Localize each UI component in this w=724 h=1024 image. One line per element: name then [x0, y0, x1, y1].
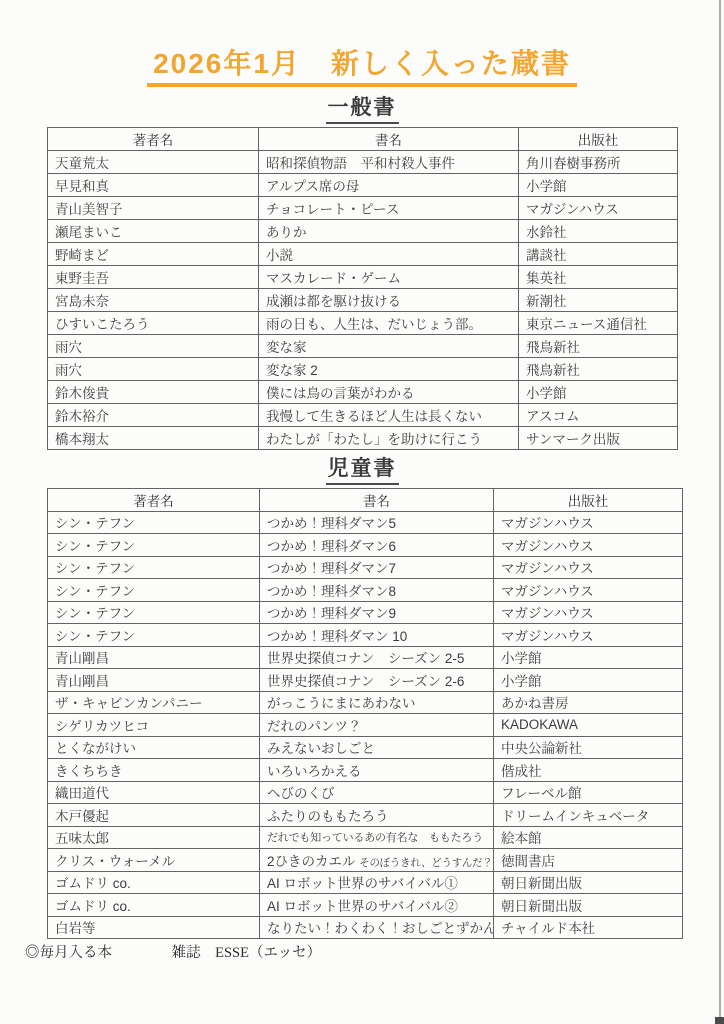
title-cell: 我慢して生きるほど人生は長くない — [259, 404, 519, 427]
publisher-cell: 小学館 — [519, 174, 678, 197]
publisher-cell: 朝日新聞出版 — [494, 894, 683, 917]
table-row: 五味太郎だれでも知っているあの有名な ももたろう絵本館 — [48, 826, 683, 849]
table-row: ひすいこたろう雨の日も、人生は、だいじょう部。東京ニュース通信社 — [48, 312, 678, 335]
publisher-cell: 偕成社 — [494, 759, 683, 782]
footer-monthly-label: ◎毎月入る本 — [25, 945, 112, 961]
publisher-cell: 角川春樹事務所 — [519, 151, 678, 174]
header-row: 著者名書名出版社 — [48, 489, 683, 512]
publisher-cell: マガジンハウス — [494, 624, 683, 647]
title-cell: AI ロボット世界のサバイバル② — [260, 894, 494, 917]
publisher-cell: マガジンハウス — [519, 197, 678, 220]
title-cell: 2ひきのカエル そのぼうきれ、どうすんだ？ — [260, 849, 494, 872]
author-cell: 瀬尾まいこ — [48, 220, 259, 243]
title-cell: 世界史探偵コナン シーズン 2-6 — [260, 669, 494, 692]
table-row: 青山剛昌世界史探偵コナン シーズン 2-6小学館 — [48, 669, 683, 692]
table-row: 雨穴変な家飛鳥新社 — [48, 335, 678, 358]
author-cell: 雨穴 — [48, 358, 259, 381]
author-cell: シン・テフン — [48, 601, 260, 624]
publisher-cell: アスコム — [519, 404, 678, 427]
title-cell: つかめ！理科ダマン6 — [260, 534, 494, 557]
table-row: シン・テフンつかめ！理科ダマン8マガジンハウス — [48, 579, 683, 602]
table-row: 瀬尾まいこありか水鈴社 — [48, 220, 678, 243]
author-cell: シン・テフン — [48, 556, 260, 579]
author-cell: 天童荒太 — [48, 151, 259, 174]
title-cell: 変な家 2 — [259, 358, 519, 381]
title-cell: アルプス席の母 — [259, 174, 519, 197]
title-cell: つかめ！理科ダマン5 — [260, 511, 494, 534]
author-cell: 五味太郎 — [48, 826, 260, 849]
table-row: 天童荒太昭和探偵物語 平和村殺人事件角川春樹事務所 — [48, 151, 678, 174]
author-cell: クリス・ウォーメル — [48, 849, 260, 872]
author-cell: 木戸優起 — [48, 804, 260, 827]
author-cell: シン・テフン — [48, 579, 260, 602]
table-row: シン・テフンつかめ！理科ダマン5マガジンハウス — [48, 511, 683, 534]
author-cell: 雨穴 — [48, 335, 259, 358]
table-row: ザ・キャビンカンパニーがっこうにまにあわないあかね書房 — [48, 691, 683, 714]
title-subtext: そのぼうきれ、どうすんだ？ — [359, 857, 492, 869]
column-header: 著者名 — [48, 128, 259, 151]
publisher-cell: マガジンハウス — [494, 556, 683, 579]
section-heading-general-text: 一般書 — [326, 91, 399, 124]
author-cell: 織田道代 — [48, 781, 260, 804]
publisher-cell: マガジンハウス — [494, 601, 683, 624]
table-row: ゴムドリ co.AI ロボット世界のサバイバル②朝日新聞出版 — [48, 894, 683, 917]
table-row: 青山剛昌世界史探偵コナン シーズン 2-5小学館 — [48, 646, 683, 669]
publisher-cell: 小学館 — [519, 381, 678, 404]
table-row: 橋本翔太わたしが「わたし」を助けに行こうサンマーク出版 — [48, 427, 678, 450]
title-cell: わたしが「わたし」を助けに行こう — [259, 427, 519, 450]
title-cell: チョコレート・ピース — [259, 197, 519, 220]
publisher-cell: 徳間書店 — [494, 849, 683, 872]
publisher-cell: 飛鳥新社 — [519, 358, 678, 381]
title-cell: 昭和探偵物語 平和村殺人事件 — [259, 151, 519, 174]
table-row: 青山美智子チョコレート・ピースマガジンハウス — [48, 197, 678, 220]
publisher-cell: 中央公論新社 — [494, 736, 683, 759]
table-row: 野崎まど小説講談社 — [48, 243, 678, 266]
publisher-cell: 絵本館 — [494, 826, 683, 849]
title-cell: AI ロボット世界のサバイバル① — [260, 871, 494, 894]
title-cell: いろいろかえる — [260, 759, 494, 782]
table-row: とくながけいみえないおしごと中央公論新社 — [48, 736, 683, 759]
scan-edge-line — [719, 0, 721, 1024]
author-cell: ひすいこたろう — [48, 312, 259, 335]
title-cell: みえないおしごと — [260, 736, 494, 759]
general-books-table: 著者名書名出版社天童荒太昭和探偵物語 平和村殺人事件角川春樹事務所早見和真アルプ… — [47, 127, 678, 450]
title-cell: つかめ！理科ダマン7 — [260, 556, 494, 579]
author-cell: 東野圭吾 — [48, 266, 259, 289]
title-cell: ふたりのももたろう — [260, 804, 494, 827]
publisher-cell: 水鈴社 — [519, 220, 678, 243]
author-cell: 早見和真 — [48, 174, 259, 197]
publisher-cell: チャイルド本社 — [494, 916, 683, 939]
publisher-cell: フレーベル館 — [494, 781, 683, 804]
author-cell: 青山剛昌 — [48, 646, 260, 669]
column-header: 出版社 — [494, 489, 683, 512]
title-cell: ありか — [259, 220, 519, 243]
table-row: 木戸優起ふたりのももたろうドリームインキュベータ — [48, 804, 683, 827]
publisher-cell: 新潮社 — [519, 289, 678, 312]
publisher-cell: KADOKAWA — [494, 714, 683, 737]
table-row: 白岩等なりたい！わくわく！おしごとずかんチャイルド本社 — [48, 916, 683, 939]
title-cell: マスカレード・ゲーム — [259, 266, 519, 289]
table-row: きくちちきいろいろかえる偕成社 — [48, 759, 683, 782]
publisher-cell: 講談社 — [519, 243, 678, 266]
author-cell: ゴムドリ co. — [48, 871, 260, 894]
column-header: 書名 — [260, 489, 494, 512]
table-row: シゲリカツヒコだれのパンツ？KADOKAWA — [48, 714, 683, 737]
title-cell: 変な家 — [259, 335, 519, 358]
author-cell: 青山美智子 — [48, 197, 259, 220]
publisher-cell: 東京ニュース通信社 — [519, 312, 678, 335]
author-cell: 青山剛昌 — [48, 669, 260, 692]
table-row: シン・テフンつかめ！理科ダマン7マガジンハウス — [48, 556, 683, 579]
title-cell: 成瀬は都を駆け抜ける — [259, 289, 519, 312]
author-cell: 宮島未奈 — [48, 289, 259, 312]
header-row: 著者名書名出版社 — [48, 128, 678, 151]
author-cell: 白岩等 — [48, 916, 260, 939]
document-title: 2026年1月 新しく入った蔵書 — [0, 42, 724, 87]
title-cell: だれでも知っているあの有名な ももたろう — [260, 826, 494, 849]
scan-corner-mark — [715, 1017, 724, 1024]
publisher-cell: マガジンハウス — [494, 511, 683, 534]
publisher-cell: マガジンハウス — [494, 579, 683, 602]
title-cell: つかめ！理科ダマン 10 — [260, 624, 494, 647]
publisher-cell: マガジンハウス — [494, 534, 683, 557]
publisher-cell: 小学館 — [494, 646, 683, 669]
column-header: 書名 — [259, 128, 519, 151]
title-cell: 僕には鳥の言葉がわかる — [259, 381, 519, 404]
document-title-text: 2026年1月 新しく入った蔵書 — [147, 42, 577, 87]
table-row: クリス・ウォーメル2ひきのカエル そのぼうきれ、どうすんだ？徳間書店 — [48, 849, 683, 872]
publisher-cell: 朝日新聞出版 — [494, 871, 683, 894]
table-row: 雨穴変な家 2飛鳥新社 — [48, 358, 678, 381]
title-cell: へびのくび — [260, 781, 494, 804]
title-cell: 世界史探偵コナン シーズン 2-5 — [260, 646, 494, 669]
publisher-cell: 小学館 — [494, 669, 683, 692]
table-row: シン・テフンつかめ！理科ダマン6マガジンハウス — [48, 534, 683, 557]
publisher-cell: 集英社 — [519, 266, 678, 289]
table-row: 宮島未奈成瀬は都を駆け抜ける新潮社 — [48, 289, 678, 312]
section-heading-children-text: 児童書 — [326, 452, 399, 485]
publisher-cell: あかね書房 — [494, 691, 683, 714]
author-cell: ゴムドリ co. — [48, 894, 260, 917]
author-cell: シゲリカツヒコ — [48, 714, 260, 737]
title-cell: 雨の日も、人生は、だいじょう部。 — [259, 312, 519, 335]
publisher-cell: ドリームインキュベータ — [494, 804, 683, 827]
table-row: シン・テフンつかめ！理科ダマン9マガジンハウス — [48, 601, 683, 624]
title-cell: つかめ！理科ダマン9 — [260, 601, 494, 624]
title-cell: がっこうにまにあわない — [260, 691, 494, 714]
title-cell: だれのパンツ？ — [260, 714, 494, 737]
title-cell: 小説 — [259, 243, 519, 266]
children-books-table: 著者名書名出版社シン・テフンつかめ！理科ダマン5マガジンハウスシン・テフンつかめ… — [47, 488, 683, 939]
section-heading-children: 児童書 — [0, 452, 724, 485]
author-cell: シン・テフン — [48, 624, 260, 647]
footer-note: ◎毎月入る本 雑誌 ESSE（エッセ） — [25, 941, 321, 962]
author-cell: 鈴木裕介 — [48, 404, 259, 427]
table-row: シン・テフンつかめ！理科ダマン 10マガジンハウス — [48, 624, 683, 647]
table-row: 鈴木俊貴僕には鳥の言葉がわかる小学館 — [48, 381, 678, 404]
author-cell: ザ・キャビンカンパニー — [48, 691, 260, 714]
title-cell: つかめ！理科ダマン8 — [260, 579, 494, 602]
table-row: 織田道代へびのくびフレーベル館 — [48, 781, 683, 804]
footer-magazine-label: 雑誌 ESSE（エッセ） — [172, 945, 322, 961]
table-row: 早見和真アルプス席の母小学館 — [48, 174, 678, 197]
author-cell: シン・テフン — [48, 534, 260, 557]
column-header: 著者名 — [48, 489, 260, 512]
author-cell: きくちちき — [48, 759, 260, 782]
author-cell: とくながけい — [48, 736, 260, 759]
publisher-cell: サンマーク出版 — [519, 427, 678, 450]
publisher-cell: 飛鳥新社 — [519, 335, 678, 358]
author-cell: 橋本翔太 — [48, 427, 259, 450]
author-cell: シン・テフン — [48, 511, 260, 534]
table-row: 鈴木裕介我慢して生きるほど人生は長くないアスコム — [48, 404, 678, 427]
title-cell: なりたい！わくわく！おしごとずかん — [260, 916, 494, 939]
table-row: 東野圭吾マスカレード・ゲーム集英社 — [48, 266, 678, 289]
scanned-document-page: 2026年1月 新しく入った蔵書 一般書 著者名書名出版社天童荒太昭和探偵物語 … — [0, 0, 724, 1024]
author-cell: 鈴木俊貴 — [48, 381, 259, 404]
author-cell: 野崎まど — [48, 243, 259, 266]
section-heading-general: 一般書 — [0, 91, 724, 124]
column-header: 出版社 — [519, 128, 678, 151]
table-row: ゴムドリ co.AI ロボット世界のサバイバル①朝日新聞出版 — [48, 871, 683, 894]
